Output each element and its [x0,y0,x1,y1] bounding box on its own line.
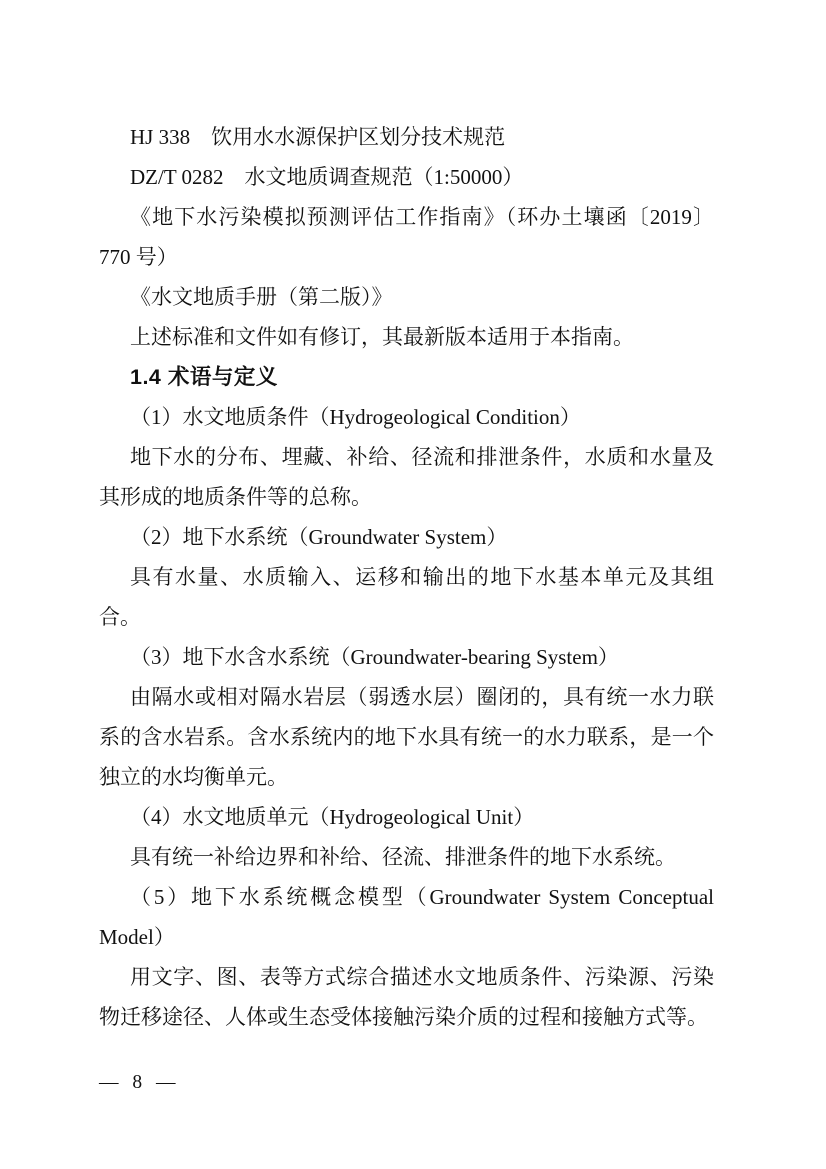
term-1-definition-line-1: 地下水的分布、埋藏、补给、径流和排泄条件，水质和水量及 [99,437,714,477]
reference-line-hj338: HJ 338 饮用水水源保护区划分技术规范 [99,117,714,157]
page-number: — 8 — [99,1072,176,1094]
term-3-definition-line-3: 独立的水均衡单元。 [99,757,714,797]
term-3-heading: （3）地下水含水系统（Groundwater-bearing System） [99,637,714,677]
term-2-definition-line-1: 具有水量、水质输入、运移和输出的地下水基本单元及其组 [99,557,714,597]
reference-line-guide-2: 770 号） [99,237,714,277]
term-5-heading-line-2: Model） [99,917,714,957]
term-5-heading-line-1: （5）地下水系统概念模型（Groundwater System Conceptu… [99,877,714,917]
term-1-definition-line-2: 其形成的地质条件等的总称。 [99,477,714,517]
term-4-definition: 具有统一补给边界和补给、径流、排泄条件的地下水系统。 [99,837,714,877]
term-2-definition-line-2: 合。 [99,597,714,637]
term-1-heading: （1）水文地质条件（Hydrogeological Condition） [99,397,714,437]
reference-line-dzt0282: DZ/T 0282 水文地质调查规范（1:50000） [99,157,714,197]
reference-line-handbook: 《水文地质手册（第二版）》 [99,277,714,317]
page-body: HJ 338 饮用水水源保护区划分技术规范 DZ/T 0282 水文地质调查规范… [99,117,714,1037]
reference-line-guide-1: 《地下水污染模拟预测评估工作指南》（环办土壤函〔2019〕 [99,197,714,237]
section-heading-terms: 1.4 术语与定义 [99,357,714,397]
term-5-definition-line-1: 用文字、图、表等方式综合描述水文地质条件、污染源、污染 [99,957,714,997]
term-3-definition-line-2: 系的含水岩系。含水系统内的地下水具有统一的水力联系，是一个 [99,717,714,757]
revision-note: 上述标准和文件如有修订，其最新版本适用于本指南。 [99,317,714,357]
document-page: HJ 338 饮用水水源保护区划分技术规范 DZ/T 0282 水文地质调查规范… [0,0,826,1169]
term-2-heading: （2）地下水系统（Groundwater System） [99,517,714,557]
term-4-heading: （4）水文地质单元（Hydrogeological Unit） [99,797,714,837]
term-3-definition-line-1: 由隔水或相对隔水岩层（弱透水层）圈闭的，具有统一水力联 [99,677,714,717]
term-5-definition-line-2: 物迁移途径、人体或生态受体接触污染介质的过程和接触方式等。 [99,997,714,1037]
